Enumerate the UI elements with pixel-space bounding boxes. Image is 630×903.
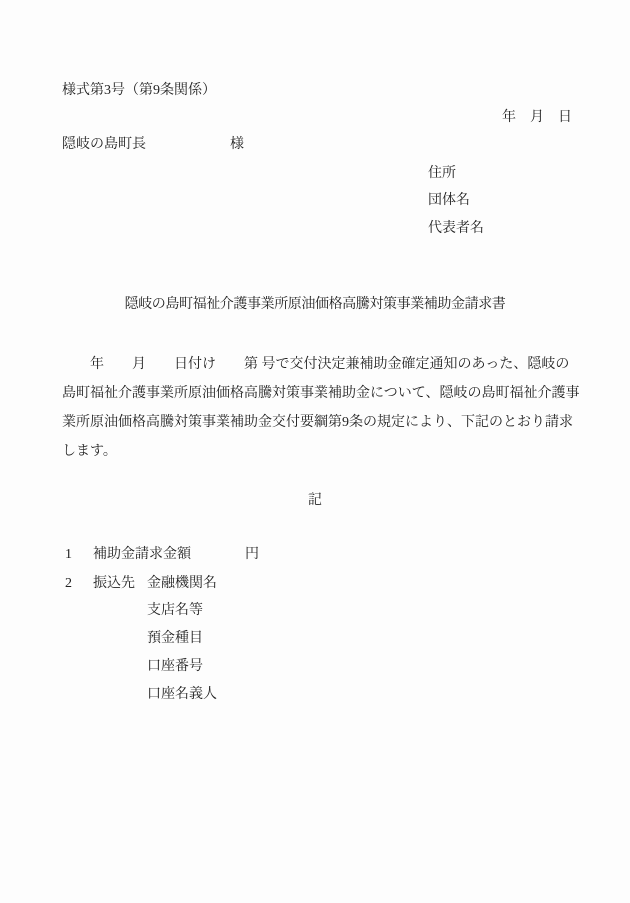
body-paragraph-line: 年 月 日付け 第 号で交付決定兼補助金確定通知のあった、隠岐の <box>62 358 569 372</box>
document-title: 隠岐の島町福祉介護事業所原油価格高騰対策事業補助金請求書 <box>0 298 630 312</box>
body-paragraph-line: します。 <box>62 445 117 459</box>
sender-field-representative: 代表者名 <box>428 222 484 236</box>
list-item-number: 1 <box>65 548 93 562</box>
list-item-amount: 1補助金請求金額円 <box>65 548 259 562</box>
body-paragraph-line: 業所原油価格高騰対策事業補助金交付要綱第9条の規定により、下記のとおり請求 <box>62 416 573 430</box>
list-item-number: 2 <box>65 577 93 591</box>
transfer-field-deposit-type: 預金種目 <box>147 632 203 646</box>
list-item-transfer: 2振込先金融機関名 <box>65 577 217 591</box>
addressee-honorific: 様 <box>230 137 244 152</box>
body-paragraph-line: 島町福祉介護事業所原油価格高騰対策事業補助金について、隠岐の島町福祉介護事 <box>62 387 579 401</box>
sender-field-address: 住所 <box>428 167 456 181</box>
form-number-label: 様式第3号（第9条関係） <box>62 84 216 98</box>
amount-unit-label: 円 <box>245 547 259 562</box>
addressee-name: 隠岐の島町長 <box>62 137 146 152</box>
list-item-label: 補助金請求金額 <box>93 547 191 562</box>
document-page: 様式第3号（第9条関係） 年 月 日 隠岐の島町長様 住所 団体名 代表者名 隠… <box>0 0 630 903</box>
transfer-field-bank-name: 金融機関名 <box>147 576 217 591</box>
transfer-field-account-number: 口座番号 <box>147 660 203 674</box>
addressee-line: 隠岐の島町長様 <box>62 138 244 152</box>
transfer-field-branch-name: 支店名等 <box>147 604 203 618</box>
sender-field-organization: 団体名 <box>428 194 470 208</box>
date-line: 年 月 日 <box>502 111 572 125</box>
ki-heading: 記 <box>0 494 630 508</box>
list-item-label: 振込先 <box>93 576 135 591</box>
transfer-field-account-holder: 口座名義人 <box>147 688 217 702</box>
